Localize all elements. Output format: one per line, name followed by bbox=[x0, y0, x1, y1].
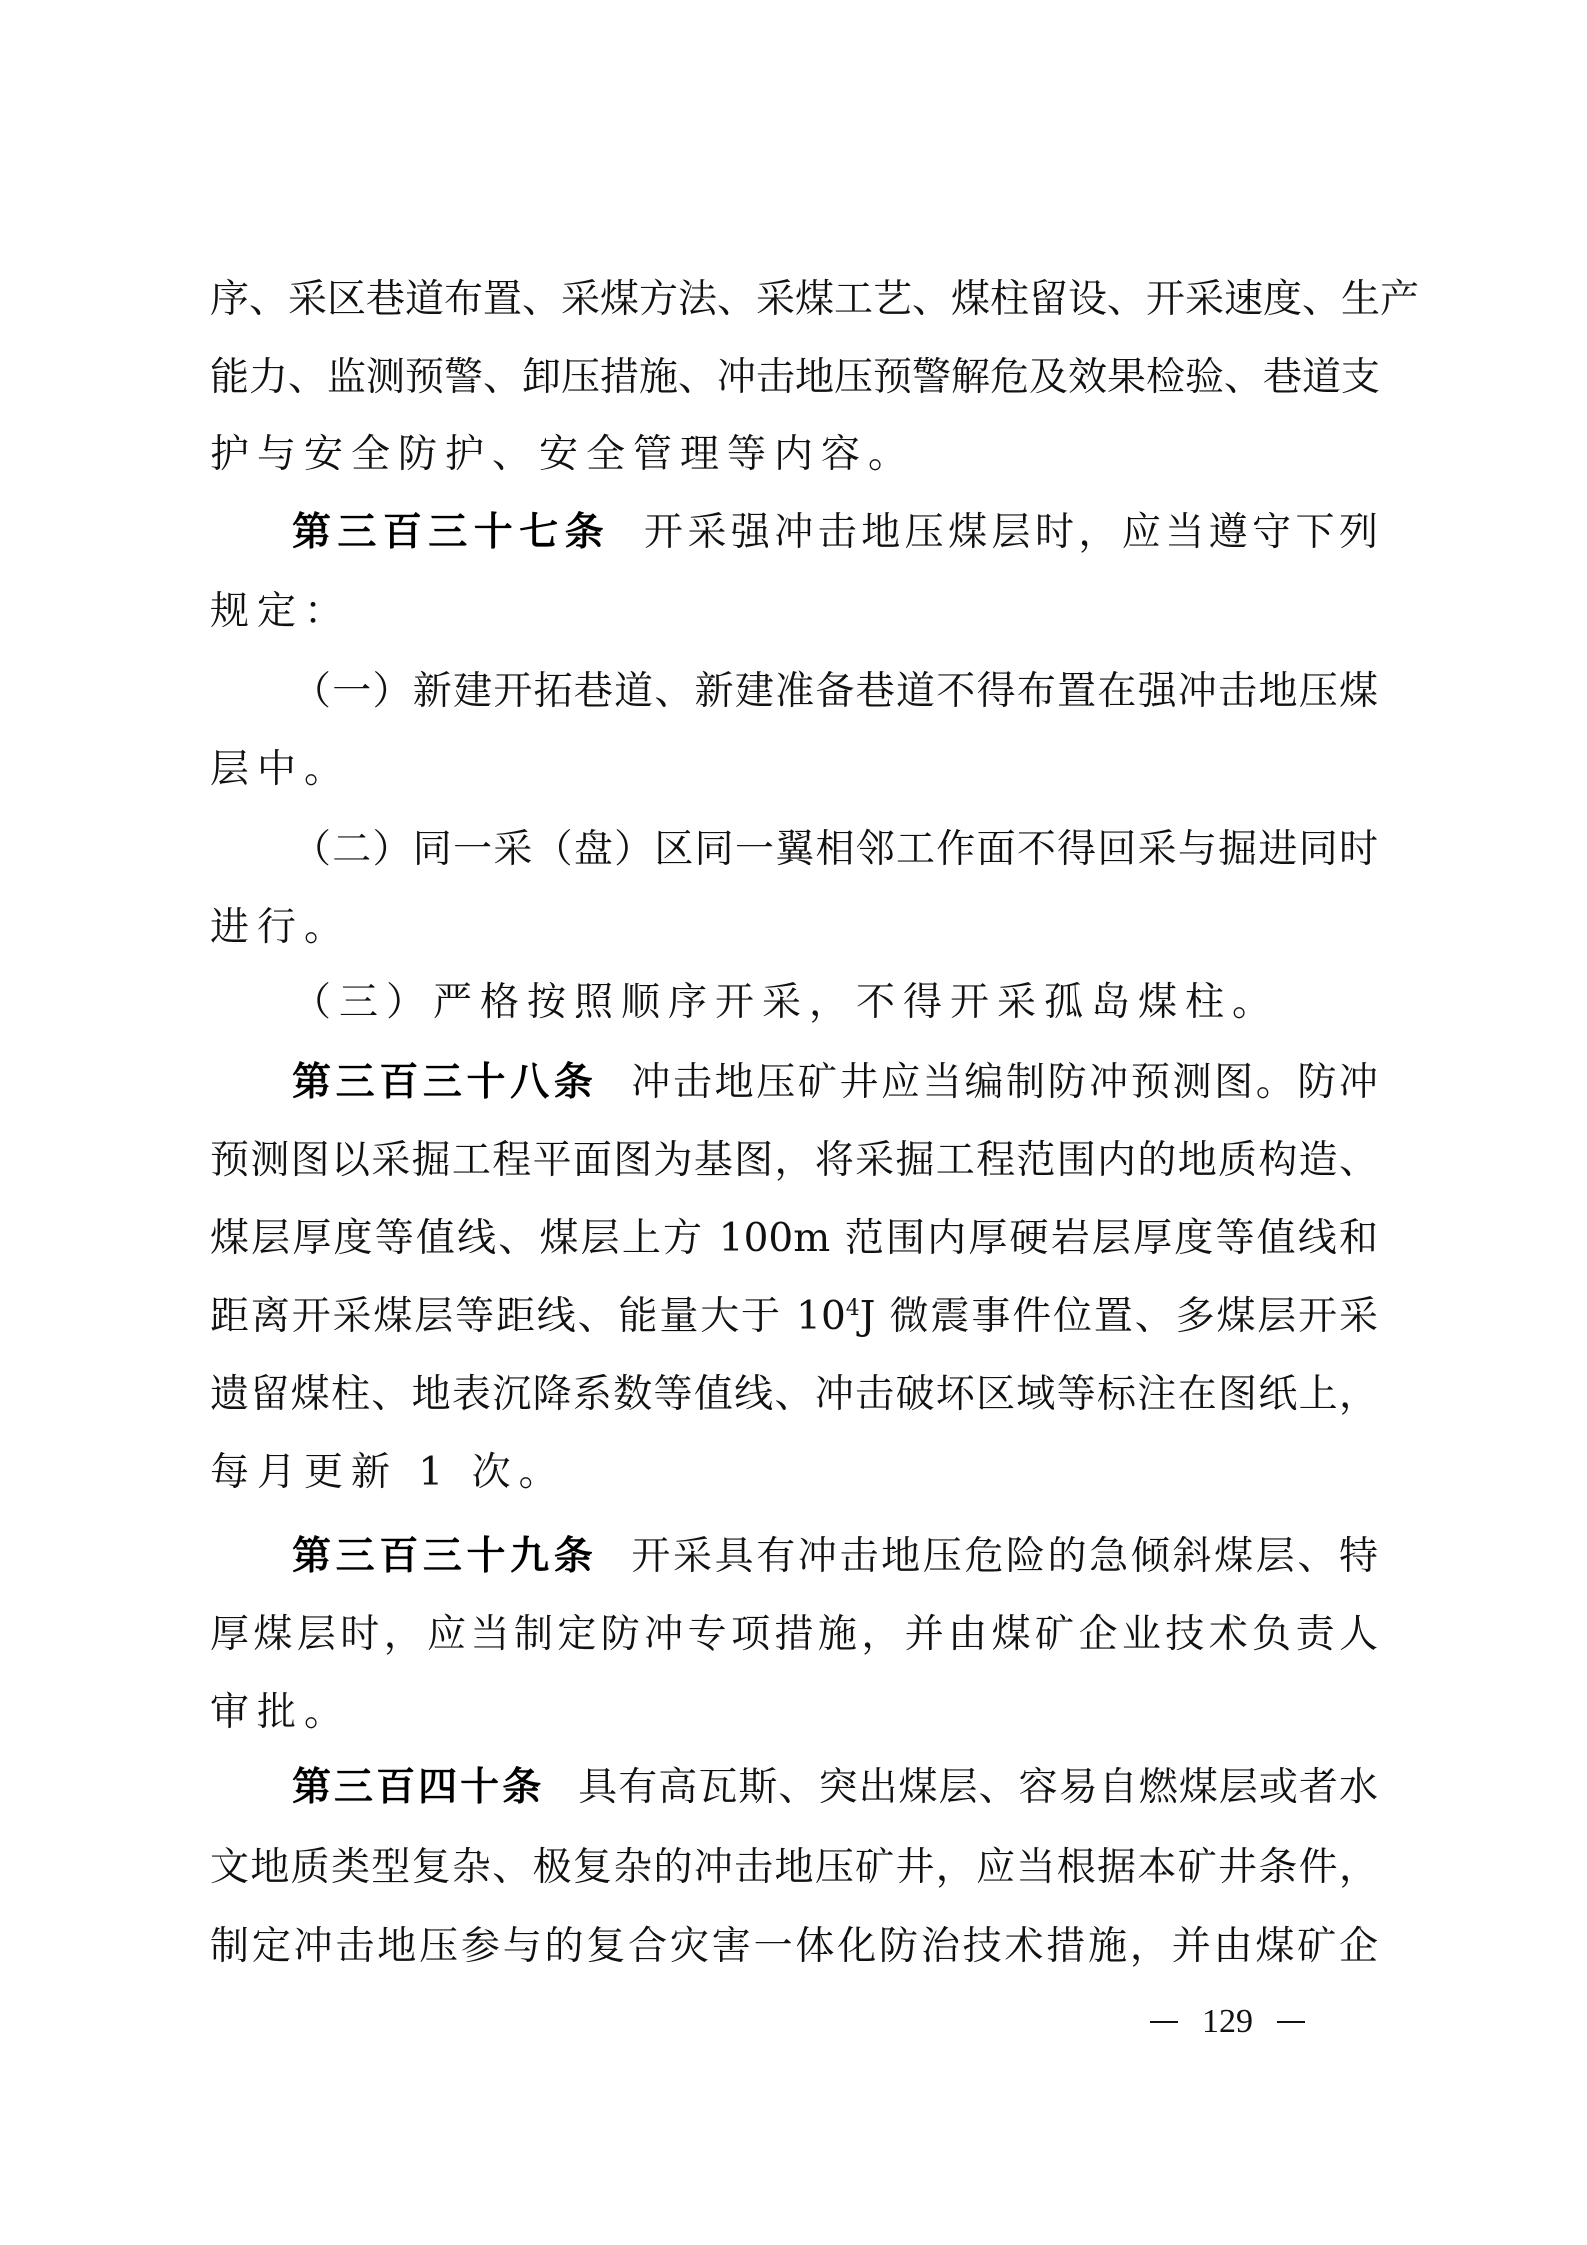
text-segment: J 微震事件位置、多煤层开采 bbox=[860, 1294, 1378, 1339]
paragraph-line: 审批。 bbox=[210, 1674, 1378, 1752]
page-number-value: 129 bbox=[1202, 2003, 1253, 2041]
paragraph-line: 序、采区巷道布置、采煤方法、采煤工艺、煤柱留设、开采速度、生产 bbox=[210, 261, 1378, 339]
paragraph-line: 护与安全防护、安全管理等内容。 bbox=[210, 416, 1378, 494]
article-339-line: 第三百三十九条开采具有冲击地压危险的急倾斜煤层、特 bbox=[292, 1518, 1378, 1596]
list-item-2: （二）同一采（盘）区同一翼相邻工作面不得回采与掘进同时 bbox=[292, 811, 1378, 889]
dash-left bbox=[1150, 2021, 1178, 2023]
page-number: 129 bbox=[1150, 1998, 1305, 2046]
article-text: 冲击地压矿井应当编制防冲预测图。防冲 bbox=[631, 1060, 1378, 1105]
article-text: 开采强冲击地压煤层时，应当遵守下列 bbox=[644, 510, 1378, 555]
paragraph-line: 文地质类型复杂、极复杂的冲击地压矿井，应当根据本矿井条件， bbox=[210, 1829, 1378, 1907]
paragraph-line: 遗留煤柱、地表沉降系数等值线、冲击破坏区域等标注在图纸上， bbox=[210, 1356, 1378, 1434]
article-heading: 第三百三十七条 bbox=[292, 510, 610, 555]
paragraph-line: 煤层厚度等值线、煤层上方 100m 范围内厚硬岩层厚度等值线和 bbox=[210, 1200, 1378, 1278]
paragraph-line: 层中。 bbox=[210, 731, 1378, 809]
list-item-1: （一）新建开拓巷道、新建准备巷道不得布置在强冲击地压煤 bbox=[292, 653, 1378, 731]
document-page: 序、采区巷道布置、采煤方法、采煤工艺、煤柱留设、开采速度、生产 能力、监测预警、… bbox=[0, 0, 1587, 2245]
list-item-3: （三）严格按照顺序开采，不得开采孤岛煤柱。 bbox=[292, 964, 1378, 1042]
paragraph-line: 进行。 bbox=[210, 889, 1378, 967]
article-340-line: 第三百四十条具有高瓦斯、突出煤层、容易自燃煤层或者水 bbox=[292, 1749, 1378, 1827]
article-heading: 第三百四十条 bbox=[292, 1765, 544, 1810]
dash-right bbox=[1277, 2021, 1305, 2023]
paragraph-line: 规定： bbox=[210, 573, 1378, 651]
paragraph-line: 能力、监测预警、卸压措施、冲击地压预警解危及效果检验、巷道支 bbox=[210, 339, 1378, 417]
text-segment: 距离开采煤层等距线、能量大于 10 bbox=[210, 1294, 846, 1339]
article-text: 具有高瓦斯、突出煤层、容易自燃煤层或者水 bbox=[578, 1765, 1378, 1810]
paragraph-line: 制定冲击地压参与的复合灾害一体化防治技术措施，并由煤矿企 bbox=[210, 1908, 1378, 1986]
article-heading: 第三百三十九条 bbox=[292, 1534, 597, 1579]
article-337-line: 第三百三十七条开采强冲击地压煤层时，应当遵守下列 bbox=[292, 494, 1378, 572]
paragraph-line: 预测图以采掘工程平面图为基图，将采掘工程范围内的地质构造、 bbox=[210, 1122, 1378, 1200]
paragraph-line: 厚煤层时，应当制定防冲专项措施，并由煤矿企业技术负责人 bbox=[210, 1596, 1378, 1674]
article-heading: 第三百三十八条 bbox=[292, 1060, 597, 1105]
paragraph-line: 每月更新 1 次。 bbox=[210, 1434, 1378, 1512]
superscript-exponent: 4 bbox=[846, 1296, 860, 1321]
paragraph-line: 距离开采煤层等距线、能量大于 104J 微震事件位置、多煤层开采 bbox=[210, 1278, 1378, 1356]
article-338-line: 第三百三十八条冲击地压矿井应当编制防冲预测图。防冲 bbox=[292, 1044, 1378, 1122]
article-text: 开采具有冲击地压危险的急倾斜煤层、特 bbox=[631, 1534, 1378, 1579]
